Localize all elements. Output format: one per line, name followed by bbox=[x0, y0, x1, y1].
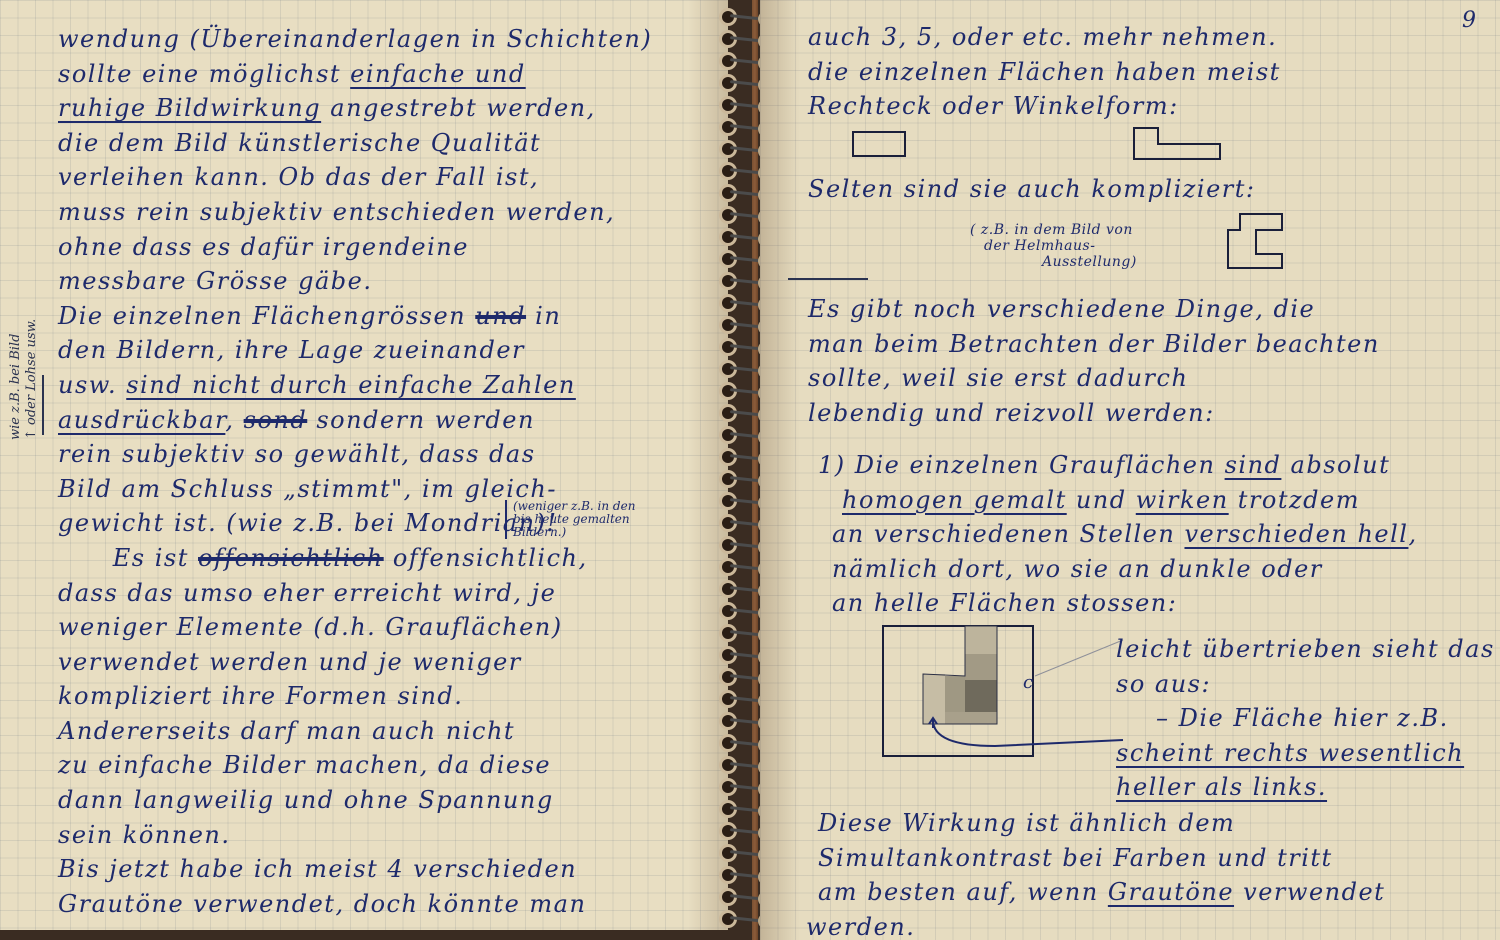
text-line: ausdrückbar, sond sondern werden bbox=[58, 403, 652, 438]
text-line: die dem Bild künstlerische Qualität bbox=[58, 126, 652, 161]
text-line: Bis jetzt habe ich meist 4 verschieden bbox=[58, 852, 652, 887]
text-line: Andererseits darf man auch nicht bbox=[58, 714, 652, 749]
margin-note-line: ↑ oder Lohse usw. bbox=[24, 319, 40, 440]
text-line: wendung (Übereinanderlagen in Schichten) bbox=[58, 22, 652, 57]
text-line: Selten sind sie auch kompliziert: bbox=[808, 172, 1256, 207]
text-line: sein können. bbox=[58, 818, 652, 853]
text-line: die einzelnen Flächen haben meist bbox=[808, 55, 1281, 90]
text-line: Grautöne verwendet, doch könnte man bbox=[58, 887, 652, 922]
label-c: c bbox=[1023, 672, 1033, 693]
text-line: zu einfache Bilder machen, da diese bbox=[58, 748, 652, 783]
text-line: ohne dass es dafür irgendeine bbox=[58, 230, 652, 265]
text-line: an helle Flächen stossen: bbox=[818, 586, 1418, 621]
right-page-text-mid: Es gibt noch verschiedene Dinge, die man… bbox=[808, 292, 1380, 430]
rectangle-shape-icon bbox=[850, 128, 910, 162]
text-line: Es gibt noch verschiedene Dinge, die bbox=[808, 292, 1380, 327]
text-line: man beim Betrachten der Bilder beachten bbox=[808, 327, 1380, 362]
text-line: nämlich dort, wo sie an dunkle oder bbox=[818, 552, 1418, 587]
text-line: Diese Wirkung ist ähnlich dem bbox=[818, 806, 1385, 841]
text-line: so aus: bbox=[1116, 667, 1495, 702]
gray-tones-sketch: c bbox=[875, 618, 1125, 763]
text-line: leicht übertrieben sieht das bbox=[1116, 632, 1495, 667]
text-line: usw. sind nicht durch einfache Zahlen bbox=[58, 368, 652, 403]
text-line: an verschiedenen Stellen verschieden hel… bbox=[818, 517, 1418, 552]
text-line: dass das umso eher erreicht wird, je bbox=[58, 576, 652, 611]
text-line: homogen gemalt und wirken trotzdem bbox=[818, 483, 1418, 518]
margin-note-line: wie z.B. bei Bild bbox=[8, 319, 24, 440]
inline-note-line: Bildern.) bbox=[513, 526, 635, 539]
margin-bar bbox=[42, 375, 44, 435]
text-line: – Die Fläche hier z.B. bbox=[1116, 701, 1495, 736]
text-line: 1) Die einzelnen Grauflächen sind absolu… bbox=[818, 448, 1418, 483]
right-page-text-bottom: Diese Wirkung ist ähnlich dem Simultanko… bbox=[818, 806, 1385, 940]
text-line: verleihen kann. Ob das der Fall ist, bbox=[58, 160, 652, 195]
point-1: 1) Die einzelnen Grauflächen sind absolu… bbox=[818, 448, 1418, 621]
text-line: sollte, weil sie erst dadurch bbox=[808, 361, 1380, 396]
text-line: lebendig und reizvoll werden: bbox=[808, 396, 1380, 431]
text-line: Es ist offensichtlich offensichtlich, bbox=[58, 541, 652, 576]
text-line: weniger Elemente (d.h. Grauflächen) bbox=[58, 610, 652, 645]
text-line: verwendet werden und je weniger bbox=[58, 645, 652, 680]
text-line: heller als links. bbox=[1116, 770, 1495, 805]
left-page-text: wendung (Übereinanderlagen in Schichten)… bbox=[58, 22, 652, 921]
text-line: sollte eine möglichst einfache und bbox=[58, 57, 652, 92]
note-line: der Helmhaus- bbox=[970, 238, 1137, 254]
right-page: 9 auch 3, 5, oder etc. mehr nehmen. die … bbox=[760, 0, 1500, 940]
text-line: am besten auf, wenn Grautöne verwendet bbox=[818, 875, 1385, 910]
text-line: dann langweilig und ohne Spannung bbox=[58, 783, 652, 818]
l-angle-shape-icon bbox=[1130, 124, 1225, 164]
figure-annotation: leicht übertrieben sieht das so aus: – D… bbox=[1116, 632, 1495, 805]
note-line: Ausstellung) bbox=[970, 254, 1137, 270]
text-line: Simultankontrast bei Farben und tritt bbox=[818, 841, 1385, 876]
text-line: auch 3, 5, oder etc. mehr nehmen. bbox=[808, 20, 1281, 55]
inline-note: (weniger z.B. in den bis heute gemalten … bbox=[505, 500, 635, 539]
text-line: Die einzelnen Flächengrössen und in bbox=[58, 299, 652, 334]
right-page-text-top: auch 3, 5, oder etc. mehr nehmen. die ei… bbox=[808, 20, 1281, 124]
text-line: scheint rechts wesentlich bbox=[1116, 736, 1495, 771]
left-page: wie z.B. bei Bild ↑ oder Lohse usw. wend… bbox=[0, 0, 728, 930]
text-line: rein subjektiv so gewählt, dass das bbox=[58, 437, 652, 472]
divider bbox=[788, 278, 868, 280]
complex-shape-note: ( z.B. in dem Bild von der Helmhaus- Aus… bbox=[970, 222, 1137, 270]
text-line: ruhige Bildwirkung angestrebt werden, bbox=[58, 91, 652, 126]
text-line: Rechteck oder Winkelform: bbox=[808, 89, 1281, 124]
text-line: werden. bbox=[806, 910, 1385, 940]
text-line: messbare Grösse gäbe. bbox=[58, 264, 652, 299]
complex-shape-icon bbox=[1222, 210, 1292, 274]
page-number: 9 bbox=[1462, 8, 1476, 33]
note-line: ( z.B. in dem Bild von bbox=[970, 222, 1137, 238]
text-line: muss rein subjektiv entschieden werden, bbox=[58, 195, 652, 230]
notebook-spread: wie z.B. bei Bild ↑ oder Lohse usw. wend… bbox=[0, 0, 1500, 940]
margin-note: wie z.B. bei Bild ↑ oder Lohse usw. bbox=[8, 319, 40, 440]
text-line: den Bildern, ihre Lage zueinander bbox=[58, 333, 652, 368]
text-line: kompliziert ihre Formen sind. bbox=[58, 679, 652, 714]
